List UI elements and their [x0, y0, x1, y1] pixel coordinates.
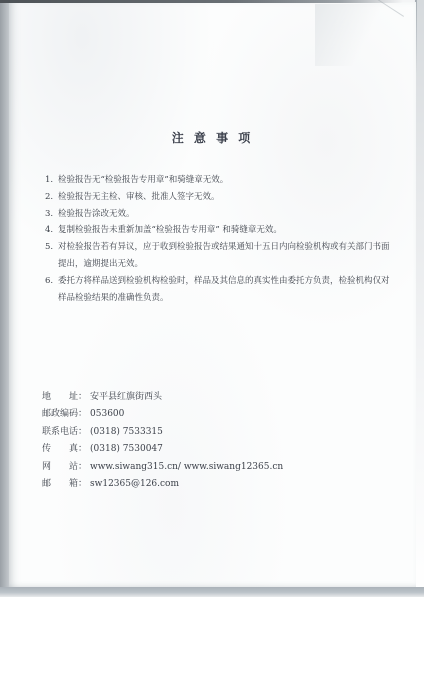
contact-value: www.siwang315.cn/ www.siwang12365.cn — [87, 462, 283, 472]
notice-item-number: 4. — [45, 222, 58, 239]
notice-item-text: 复制检验报告未重新加盖“检验报告专用章” 和骑缝章无效。 — [58, 222, 397, 239]
contact-value: 053600 — [87, 409, 124, 419]
contact-block: 地 址：安平县红旗街西头 邮政编码：053600 联系电话：(0318) 753… — [42, 389, 386, 493]
notice-item-text: 委托方将样品送到检验机构检验时，样品及其信息的真实性由委托方负责，检验机构仅对样… — [58, 273, 397, 307]
contact-label: 传 真： — [42, 444, 87, 454]
notice-item: 5. 对检验报告若有异议，应于收到检验报告或结果通知十五日内向检验机构或有关部门… — [45, 239, 397, 273]
notice-item: 4. 复制检验报告未重新加盖“检验报告专用章” 和骑缝章无效。 — [45, 222, 397, 239]
notice-item: 6. 委托方将样品送到检验机构检验时，样品及其信息的真实性由委托方负责，检验机构… — [45, 273, 397, 307]
notice-item-text: 检验报告无“检验报告专用章”和骑缝章无效。 — [58, 172, 397, 189]
notice-item-text: 对检验报告若有异议，应于收到检验报告或结果通知十五日内向检验机构或有关部门书面提… — [58, 239, 397, 273]
contact-value: 安平县红旗街西头 — [87, 392, 162, 402]
scanner-bottom-strip — [0, 587, 424, 597]
contact-label: 邮政编码： — [42, 409, 87, 419]
notice-item-number: 6. — [45, 273, 58, 307]
contact-label: 联系电话： — [42, 427, 87, 437]
contact-row-postcode: 邮政编码：053600 — [42, 406, 386, 423]
scanner-left-margin — [0, 0, 9, 597]
page-right-margin — [416, 0, 424, 597]
notice-item-number: 5. — [45, 239, 58, 273]
scanner-top-strip — [0, 0, 424, 3]
contact-label: 网 站： — [42, 462, 87, 472]
contact-row-fax: 传 真：(0318) 7530047 — [42, 441, 386, 458]
contact-row-phone: 联系电话：(0318) 7533315 — [42, 424, 386, 441]
contact-value: (0318) 7533315 — [87, 427, 163, 437]
notice-item: 1. 检验报告无“检验报告专用章”和骑缝章无效。 — [45, 172, 397, 189]
corner-fold — [315, 4, 410, 66]
notice-item-number: 2. — [45, 189, 58, 206]
document-page: 注 意 事 项 1. 检验报告无“检验报告专用章”和骑缝章无效。 2. 检验报告… — [9, 2, 416, 588]
notice-item-text: 检验报告涂改无效。 — [58, 206, 397, 223]
page-title: 注 意 事 项 — [9, 129, 416, 146]
notice-item-number: 1. — [45, 172, 58, 189]
contact-label: 邮 箱： — [42, 479, 87, 489]
scanned-page: 注 意 事 项 1. 检验报告无“检验报告专用章”和骑缝章无效。 2. 检验报告… — [0, 0, 424, 597]
contact-row-address: 地 址：安平县红旗街西头 — [42, 389, 386, 406]
contact-row-website: 网 站：www.siwang315.cn/ www.siwang12365.cn — [42, 459, 386, 476]
notice-item: 3. 检验报告涂改无效。 — [45, 206, 397, 223]
notice-item-text: 检验报告无主检、审核、批准人签字无效。 — [58, 189, 397, 206]
contact-label: 地 址： — [42, 392, 87, 402]
notice-list: 1. 检验报告无“检验报告专用章”和骑缝章无效。 2. 检验报告无主检、审核、批… — [45, 172, 397, 306]
contact-value: (0318) 7530047 — [87, 444, 163, 454]
notice-item-number: 3. — [45, 206, 58, 223]
contact-value: sw12365@126.com — [87, 479, 179, 489]
contact-row-email: 邮 箱：sw12365@126.com — [42, 476, 386, 493]
notice-item: 2. 检验报告无主检、审核、批准人签字无效。 — [45, 189, 397, 206]
